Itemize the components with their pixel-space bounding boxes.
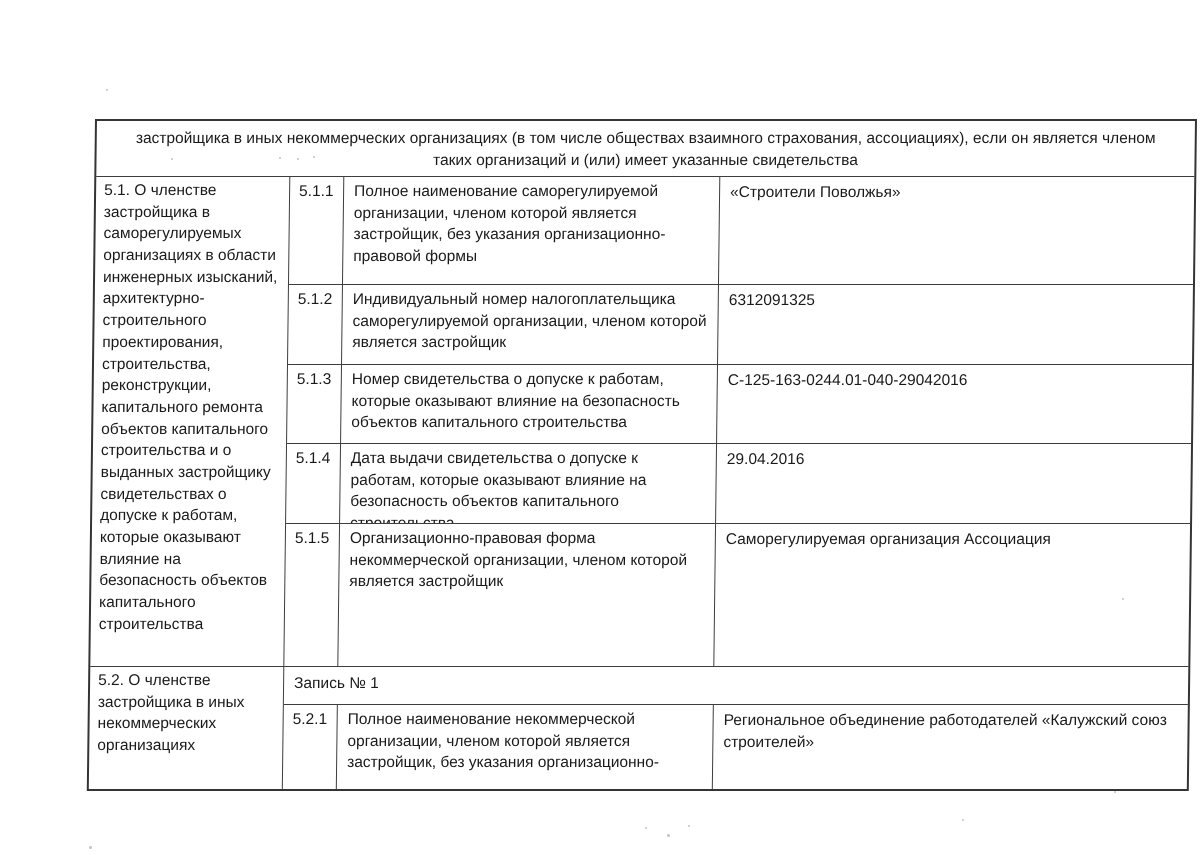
row-5-1-4-value-cell: 29.04.2016	[716, 444, 1191, 524]
scan-speck	[645, 827, 647, 829]
row-5-2-1-label-cell: Полное наименование некоммерческой орган…	[337, 705, 714, 789]
scan-speck	[279, 157, 281, 159]
row-5-2-1-value-cell: Региональное объединение работодателей «…	[713, 705, 1188, 789]
row-5-1-5-value-cell: Саморегулируемая организация Ассоциация	[714, 524, 1190, 667]
record-1-header-cell: Запись № 1	[284, 667, 1188, 705]
scan-speck	[1122, 598, 1124, 600]
row-5-1-4-label-cell: Дата выдачи свидетельства о допуске к ра…	[340, 444, 717, 524]
scan-speck	[171, 158, 173, 160]
row-5-1-2-value-cell: 6312091325	[718, 285, 1193, 365]
row-5-1-5-number-cell: 5.1.5	[284, 524, 340, 667]
row-5-1-3-number-cell: 5.1.3	[287, 365, 342, 444]
row-5-1-1-value-cell: «Строители Поволжья»	[719, 177, 1194, 285]
scan-speck	[89, 846, 92, 849]
row-5-1-4-number-cell: 5.1.4	[286, 444, 341, 524]
scanned-page: { "colors": { "ink": "#1a1a1a", "table_b…	[0, 0, 1200, 855]
scan-speck	[688, 825, 690, 827]
scan-speck	[106, 89, 108, 91]
declaration-table: застройщика в иных некоммерческих органи…	[87, 119, 1197, 791]
row-5-1-5-label-cell: Организационно-правовая форма некоммерче…	[338, 524, 716, 667]
row-5-1-2-number-cell: 5.1.2	[288, 285, 343, 365]
scan-speck	[297, 158, 299, 160]
row-5-1-1-number-cell: 5.1.1	[289, 177, 344, 285]
scan-speck	[667, 834, 670, 837]
scan-speck	[1114, 791, 1116, 793]
row-5-2-1-number-cell: 5.2.1	[283, 705, 338, 789]
scan-speck	[313, 156, 315, 158]
row-5-1-3-label-cell: Номер свидетельства о допуске к работам,…	[341, 365, 718, 444]
section-5-1-title-cell: 5.1. О членстве застройщика в саморегули…	[90, 177, 290, 667]
row-5-1-2-label-cell: Индивидуальный номер налогоплательщика с…	[342, 285, 719, 365]
row-5-1-1-label-cell: Полное наименование саморегулируемой орг…	[343, 177, 720, 285]
row-5-1-3-value-cell: C-125-163-0244.01-040-29042016	[717, 365, 1192, 444]
continuation-header: застройщика в иных некоммерческих органи…	[96, 121, 1195, 177]
section-5-2-title-cell: 5.2. О членстве застройщика в иных неком…	[89, 667, 284, 789]
scan-speck	[962, 819, 964, 821]
